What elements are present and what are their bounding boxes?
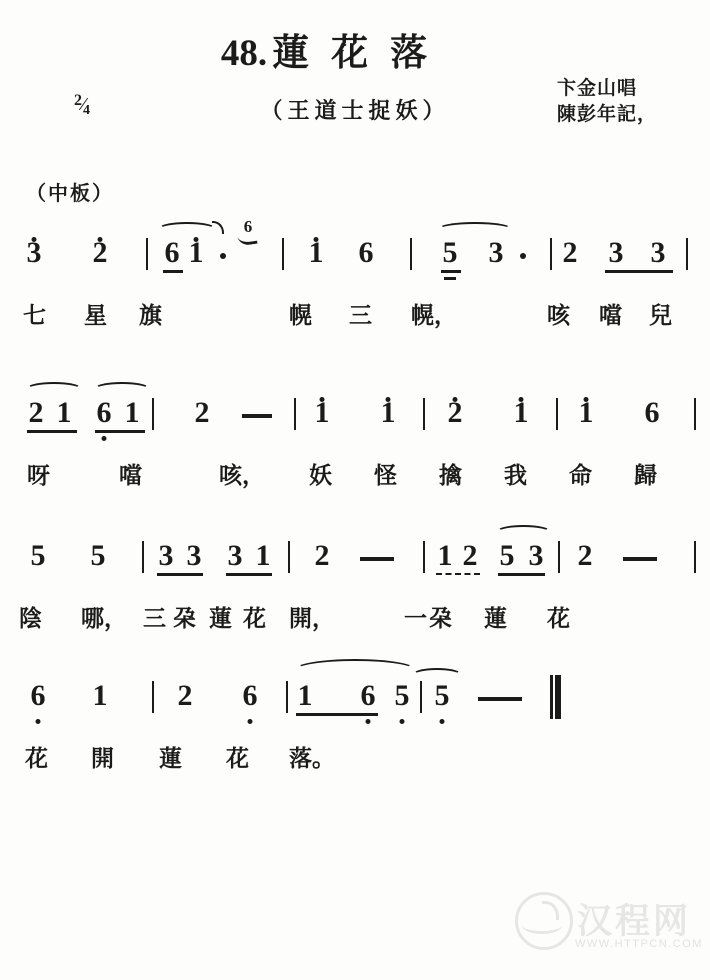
score-area: 326161653233七星旗幌三幌，咳噹兒21612112116呀噹咳，妖怪擒…	[0, 0, 710, 980]
note-digit: 1	[296, 681, 314, 711]
slur-arc	[94, 382, 150, 396]
lyric-syllable: 旗	[139, 297, 162, 330]
note-digit: 3	[226, 541, 244, 571]
octave-dot-low	[440, 719, 445, 724]
beam-underline	[444, 277, 456, 280]
note-digit: 2	[561, 238, 579, 268]
lyric-syllable: 七	[23, 297, 46, 330]
note-digit: 3	[25, 238, 43, 268]
barline	[423, 398, 425, 430]
barline	[146, 238, 148, 270]
lyric-syllable: 我	[504, 457, 527, 490]
octave-dot-high	[320, 397, 325, 402]
note-digit: 5	[89, 541, 107, 571]
lyric-syllable: 命	[569, 457, 592, 490]
note-digit: 5	[441, 238, 459, 268]
barline	[420, 681, 422, 713]
watermark-site-name: 汉程网	[577, 894, 691, 944]
beam-underline	[441, 270, 461, 273]
octave-dot-high	[98, 237, 103, 242]
note-digit: 6	[163, 238, 181, 268]
beam-underline	[498, 573, 545, 576]
octave-dot-high	[584, 397, 589, 402]
slur-hook-mark	[212, 221, 224, 234]
lyric-syllable: 哪，	[81, 600, 127, 633]
note-digit: 3	[607, 238, 625, 268]
note-digit: 1	[91, 681, 109, 711]
duration-dash	[623, 557, 657, 561]
note-digit: 6	[359, 681, 377, 711]
note-digit: 2	[27, 398, 45, 428]
lyric-syllable: 落。	[289, 740, 335, 773]
augmentation-dot	[520, 253, 526, 259]
lyric-syllable: 花	[243, 600, 266, 633]
lyric-syllable: 花	[547, 600, 570, 633]
octave-dot-high	[453, 397, 458, 402]
slur-arc	[26, 382, 82, 396]
lyric-syllable: 幌	[289, 297, 312, 330]
note-digit: 5	[393, 681, 411, 711]
lyric-syllable: 怪	[374, 457, 397, 490]
lyric-syllable: 擒	[439, 457, 462, 490]
music-system: 61261655花開蓮花落。	[0, 655, 710, 795]
grace-curl-mark	[237, 234, 257, 247]
lyric-syllable: 朶	[173, 600, 196, 633]
barline	[294, 398, 296, 430]
note-digit: 2	[176, 681, 194, 711]
watermark: 汉程网 WWW.HTTPCN.COM	[515, 886, 710, 976]
note-digit: 2	[461, 541, 479, 571]
note-digit: 3	[649, 238, 667, 268]
note-digit: 6	[29, 681, 47, 711]
note-digit: 2	[576, 541, 594, 571]
music-system: 553331212532陰哪，三朶蓮花開，一朶蓮花	[0, 515, 710, 655]
slur-arc	[412, 668, 462, 682]
note-digit: 2	[446, 398, 464, 428]
note-digit: 5	[433, 681, 451, 711]
barline	[286, 681, 288, 713]
note-digit: 6	[357, 238, 375, 268]
note-digit: 6	[643, 398, 661, 428]
beam-underline	[436, 573, 480, 575]
barline	[423, 541, 425, 573]
note-digit: 1	[512, 398, 530, 428]
lyric-syllable: 呀	[27, 457, 50, 490]
octave-dot-high	[32, 237, 37, 242]
duration-dash	[360, 557, 394, 561]
music-system: 21612112116呀噹咳，妖怪擒我命歸	[0, 372, 710, 512]
slur-arc	[294, 659, 416, 681]
note-digit: 1	[187, 238, 205, 268]
beam-underline	[157, 573, 203, 576]
music-system: 326161653233七星旗幌三幌，咳噹兒	[0, 212, 710, 352]
lyric-syllable: 開，	[289, 600, 335, 633]
note-digit: 1	[577, 398, 595, 428]
octave-dot-low	[400, 719, 405, 724]
octave-dot-low	[366, 719, 371, 724]
octave-dot-high	[519, 397, 524, 402]
barline	[694, 541, 696, 573]
lyric-syllable: 開	[91, 740, 114, 773]
barline	[152, 398, 154, 430]
duration-dash	[478, 697, 522, 701]
slur-arc	[496, 525, 551, 539]
lyric-syllable: 歸	[634, 457, 657, 490]
lyric-syllable: 妖	[309, 457, 332, 490]
note-digit: 2	[193, 398, 211, 428]
beam-underline	[296, 713, 378, 716]
slur-arc	[438, 222, 512, 236]
barline	[686, 238, 688, 270]
octave-dot-low	[102, 436, 107, 441]
beam-underline	[226, 573, 272, 576]
note-digit: 3	[487, 238, 505, 268]
note-digit: 2	[91, 238, 109, 268]
octave-dot-low	[248, 719, 253, 724]
augmentation-dot	[220, 253, 226, 259]
note-digit: 1	[55, 398, 73, 428]
slur-arc	[158, 222, 216, 236]
lyric-syllable: 一	[404, 600, 427, 633]
lyric-syllable: 三	[143, 600, 166, 633]
note-digit: 6	[241, 681, 259, 711]
lyric-syllable: 朶	[429, 600, 452, 633]
note-digit: 5	[29, 541, 47, 571]
lyric-syllable: 花	[226, 740, 249, 773]
lyric-syllable: 幌，	[411, 297, 457, 330]
note-digit: 1	[123, 398, 141, 428]
lyric-syllable: 蓮	[209, 600, 232, 633]
barline	[282, 238, 284, 270]
grace-note: 6	[241, 217, 255, 237]
note-digit: 1	[379, 398, 397, 428]
note-digit: 3	[527, 541, 545, 571]
barline	[152, 681, 154, 713]
octave-dot-low	[36, 719, 41, 724]
barline	[556, 398, 558, 430]
octave-dot-high	[194, 237, 199, 242]
beam-underline	[27, 430, 77, 433]
watermark-url: WWW.HTTPCN.COM	[575, 938, 703, 950]
note-digit: 3	[185, 541, 203, 571]
lyric-syllable: 噹	[599, 297, 622, 330]
note-digit: 1	[254, 541, 272, 571]
beam-underline	[163, 270, 183, 273]
barline	[558, 541, 560, 573]
lyric-syllable: 蓮	[484, 600, 507, 633]
grace-note-digit: 6	[244, 217, 253, 236]
watermark-logo-icon	[515, 892, 573, 950]
note-digit: 6	[95, 398, 113, 428]
note-digit: 1	[307, 238, 325, 268]
lyric-syllable: 三	[349, 297, 372, 330]
lyric-syllable: 噹	[119, 457, 142, 490]
barline	[550, 238, 552, 270]
note-digit: 5	[498, 541, 516, 571]
barline	[288, 541, 290, 573]
barline	[410, 238, 412, 270]
octave-dot-high	[314, 237, 319, 242]
lyric-syllable: 咳	[547, 297, 570, 330]
final-barline	[550, 675, 553, 719]
octave-dot-high	[386, 397, 391, 402]
lyric-syllable: 蓮	[159, 740, 182, 773]
note-digit: 3	[157, 541, 175, 571]
note-digit: 1	[313, 398, 331, 428]
lyric-syllable: 陰	[19, 600, 42, 633]
lyric-syllable: 花	[25, 740, 48, 773]
beam-underline	[95, 430, 145, 433]
duration-dash	[242, 414, 272, 418]
sheet-music-page: 48.蓮花落 2⁄4 （王道士捉妖） 卞金山唱 陳彭年記， （中板） 32616…	[0, 0, 710, 980]
barline	[142, 541, 144, 573]
barline	[694, 398, 696, 430]
note-digit: 1	[436, 541, 454, 571]
lyric-syllable: 兒	[649, 297, 672, 330]
lyric-syllable: 咳，	[219, 457, 265, 490]
note-digit: 2	[313, 541, 331, 571]
lyric-syllable: 星	[84, 297, 107, 330]
beam-underline	[605, 270, 673, 273]
